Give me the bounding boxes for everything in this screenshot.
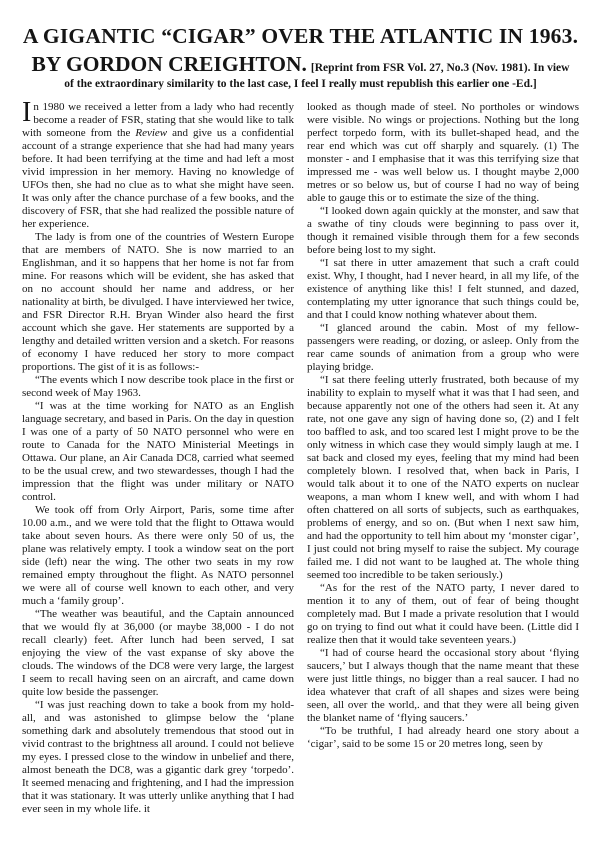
paragraph: “As for the rest of the NATO party, I ne… <box>307 582 579 647</box>
article-page: A GIGANTIC “CIGAR” OVER THE ATLANTIC IN … <box>0 0 600 850</box>
paragraph: “The events which I now describe took pl… <box>22 374 294 400</box>
paragraph: “I had of course heard the occasional st… <box>307 647 579 725</box>
paragraph: The lady is from one of the countries of… <box>22 231 294 374</box>
byline-row: BY GORDON CREIGHTON. [Reprint from FSR V… <box>22 52 579 77</box>
paragraph: In 1980 we received a letter from a lady… <box>22 101 294 231</box>
article-header: A GIGANTIC “CIGAR” OVER THE ATLANTIC IN … <box>22 24 579 90</box>
article-title: A GIGANTIC “CIGAR” OVER THE ATLANTIC IN … <box>22 24 579 49</box>
left-column: In 1980 we received a letter from a lady… <box>22 101 294 837</box>
paragraph: “I was at the time working for NATO as a… <box>22 400 294 504</box>
editor-note-line1: [Reprint from FSR Vol. 27, No.3 (Nov. 19… <box>311 62 570 74</box>
paragraph: “I sat there in utter amazement that suc… <box>307 257 579 322</box>
right-column: looked as though made of steel. No porth… <box>307 101 579 837</box>
paragraph: looked as though made of steel. No porth… <box>307 101 579 205</box>
article-byline: BY GORDON CREIGHTON. <box>32 52 307 76</box>
paragraph: “I looked down again quickly at the mons… <box>307 205 579 257</box>
paragraph: “I glanced around the cabin. Most of my … <box>307 322 579 374</box>
paragraph: “The weather was beautiful, and the Capt… <box>22 608 294 699</box>
paragraph: “I sat there feeling utterly frustrated,… <box>307 374 579 582</box>
article-body: In 1980 we received a letter from a lady… <box>22 101 579 837</box>
paragraph: We took off from Orly Airport, Paris, so… <box>22 504 294 608</box>
paragraph: “I was just reaching down to take a book… <box>22 699 294 816</box>
editor-note-line2: of the extraordinary similarity to the l… <box>22 78 579 90</box>
paragraph: “To be truthful, I had already heard one… <box>307 725 579 751</box>
